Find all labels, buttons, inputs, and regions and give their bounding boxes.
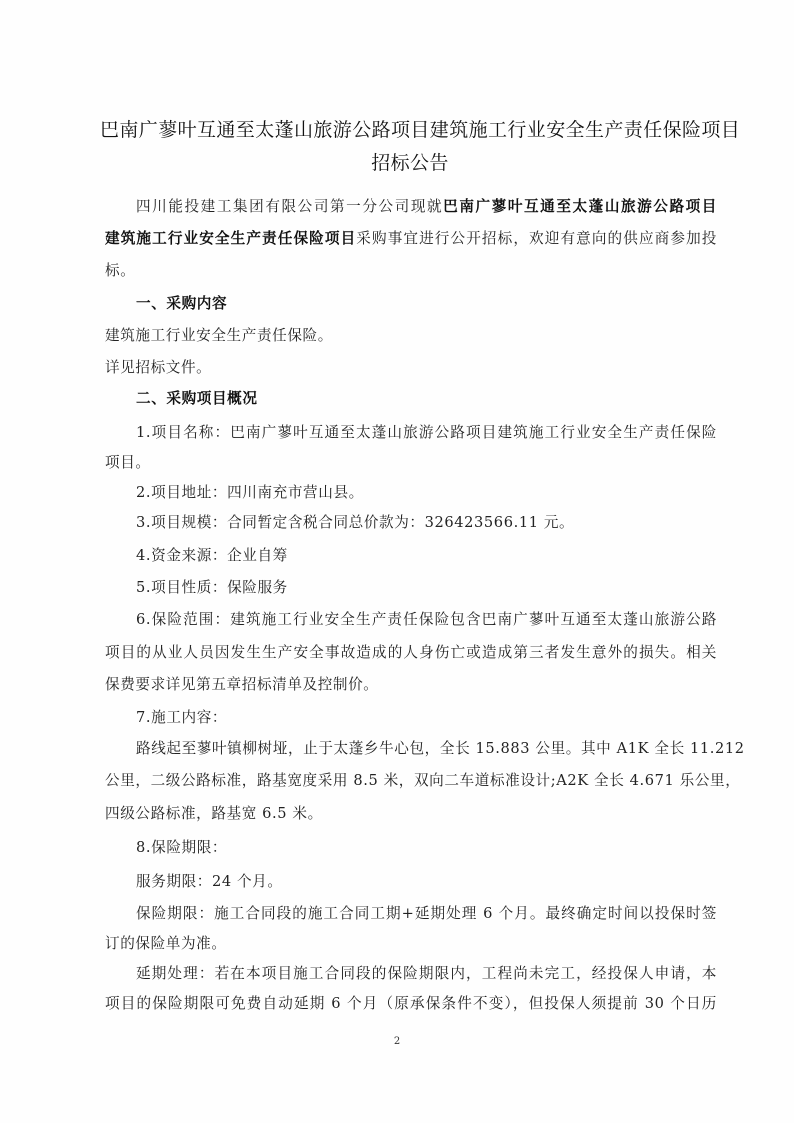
item4-funding: 4.资金来源：企业自筹: [136, 546, 717, 566]
document-page: 巴南广蓼叶互通至太蓬山旅游公路项目建筑施工行业安全生产责任保险项目 招标公告 四…: [0, 0, 794, 1123]
item3-scale: 3.项目规模：合同暂定含税合同总价款为：326423566.11 元。: [136, 513, 717, 533]
document-title-line1: 巴南广蓼叶互通至太蓬山旅游公路项目建筑施工行业安全生产责任保险项目: [100, 115, 720, 142]
item8-label: 8.保险期限：: [136, 838, 717, 858]
section-heading-procurement-content: 一、采购内容: [136, 294, 717, 314]
intro-line-2: 建筑施工行业安全生产责任保险项目采购事宜进行公开招标，欢迎有意向的供应商参加投: [105, 229, 717, 249]
item7-line-1: 路线起至蓼叶镇柳树垭，止于太蓬乡牛心包，全长 15.883 公里。其中 A1K …: [136, 739, 717, 759]
item8-extension-line-1: 延期处理：若在本项目施工合同段的保险期限内，工程尚未完工，经投保人申请，本: [136, 964, 717, 984]
item6-line-1: 6.保险范围：建筑施工行业安全生产责任保险包含巴南广蓼叶互通至太蓬山旅游公路: [136, 610, 717, 630]
item8-service-period: 服务期限：24 个月。: [136, 872, 717, 892]
item8-insurance-period-line-2: 订的保险单为准。: [105, 934, 717, 954]
intro-project-type-bold: 建筑施工行业安全生产责任保险项目: [105, 230, 356, 247]
section-heading-project-overview: 二、采购项目概况: [136, 389, 717, 409]
intro-prefix: 四川能投建工集团有限公司第一分公司现就: [136, 198, 443, 215]
item1-line-1: 1.项目名称：巴南广蓼叶互通至太蓬山旅游公路项目建筑施工行业安全生产责任保险: [136, 423, 717, 443]
intro-project-name-bold: 巴南广蓼叶互通至太蓬山旅游公路项目: [443, 198, 717, 215]
page-number: 2: [0, 1036, 794, 1047]
intro-line-1: 四川能投建工集团有限公司第一分公司现就巴南广蓼叶互通至太蓬山旅游公路项目: [136, 197, 717, 217]
item7-label: 7.施工内容：: [136, 708, 717, 728]
item7-line-2: 公里，二级公路标准，路基宽度采用 8.5 米，双向二车道标准设计;A2K 全长 …: [105, 771, 717, 791]
item5-nature: 5.项目性质：保险服务: [136, 578, 717, 598]
section1-line-1: 建筑施工行业安全生产责任保险。: [105, 326, 717, 346]
item7-line-3: 四级公路标准，路基宽 6.5 米。: [105, 804, 717, 824]
intro-suffix: 采购事宜进行公开招标，欢迎有意向的供应商参加投: [356, 230, 717, 247]
item1-line-2: 项目。: [105, 453, 717, 473]
item8-extension-line-2: 项目的保险期限可免费自动延期 6 个月（原承保条件不变），但投保人须提前 30 …: [105, 994, 717, 1014]
section1-line-2: 详见招标文件。: [105, 358, 717, 378]
item6-line-3: 保费要求详见第五章招标清单及控制价。: [105, 675, 717, 695]
document-title-line2: 招标公告: [100, 148, 720, 175]
item8-insurance-period-line-1: 保险期限：施工合同段的施工合同工期+延期处理 6 个月。最终确定时间以投保时签: [136, 904, 717, 924]
item6-line-2: 项目的从业人员因发生生产安全事故造成的人身伤亡或造成第三者发生意外的损失。相关: [105, 643, 717, 663]
intro-line-3: 标。: [105, 261, 717, 281]
item2-address: 2.项目地址：四川南充市营山县。: [136, 483, 717, 503]
